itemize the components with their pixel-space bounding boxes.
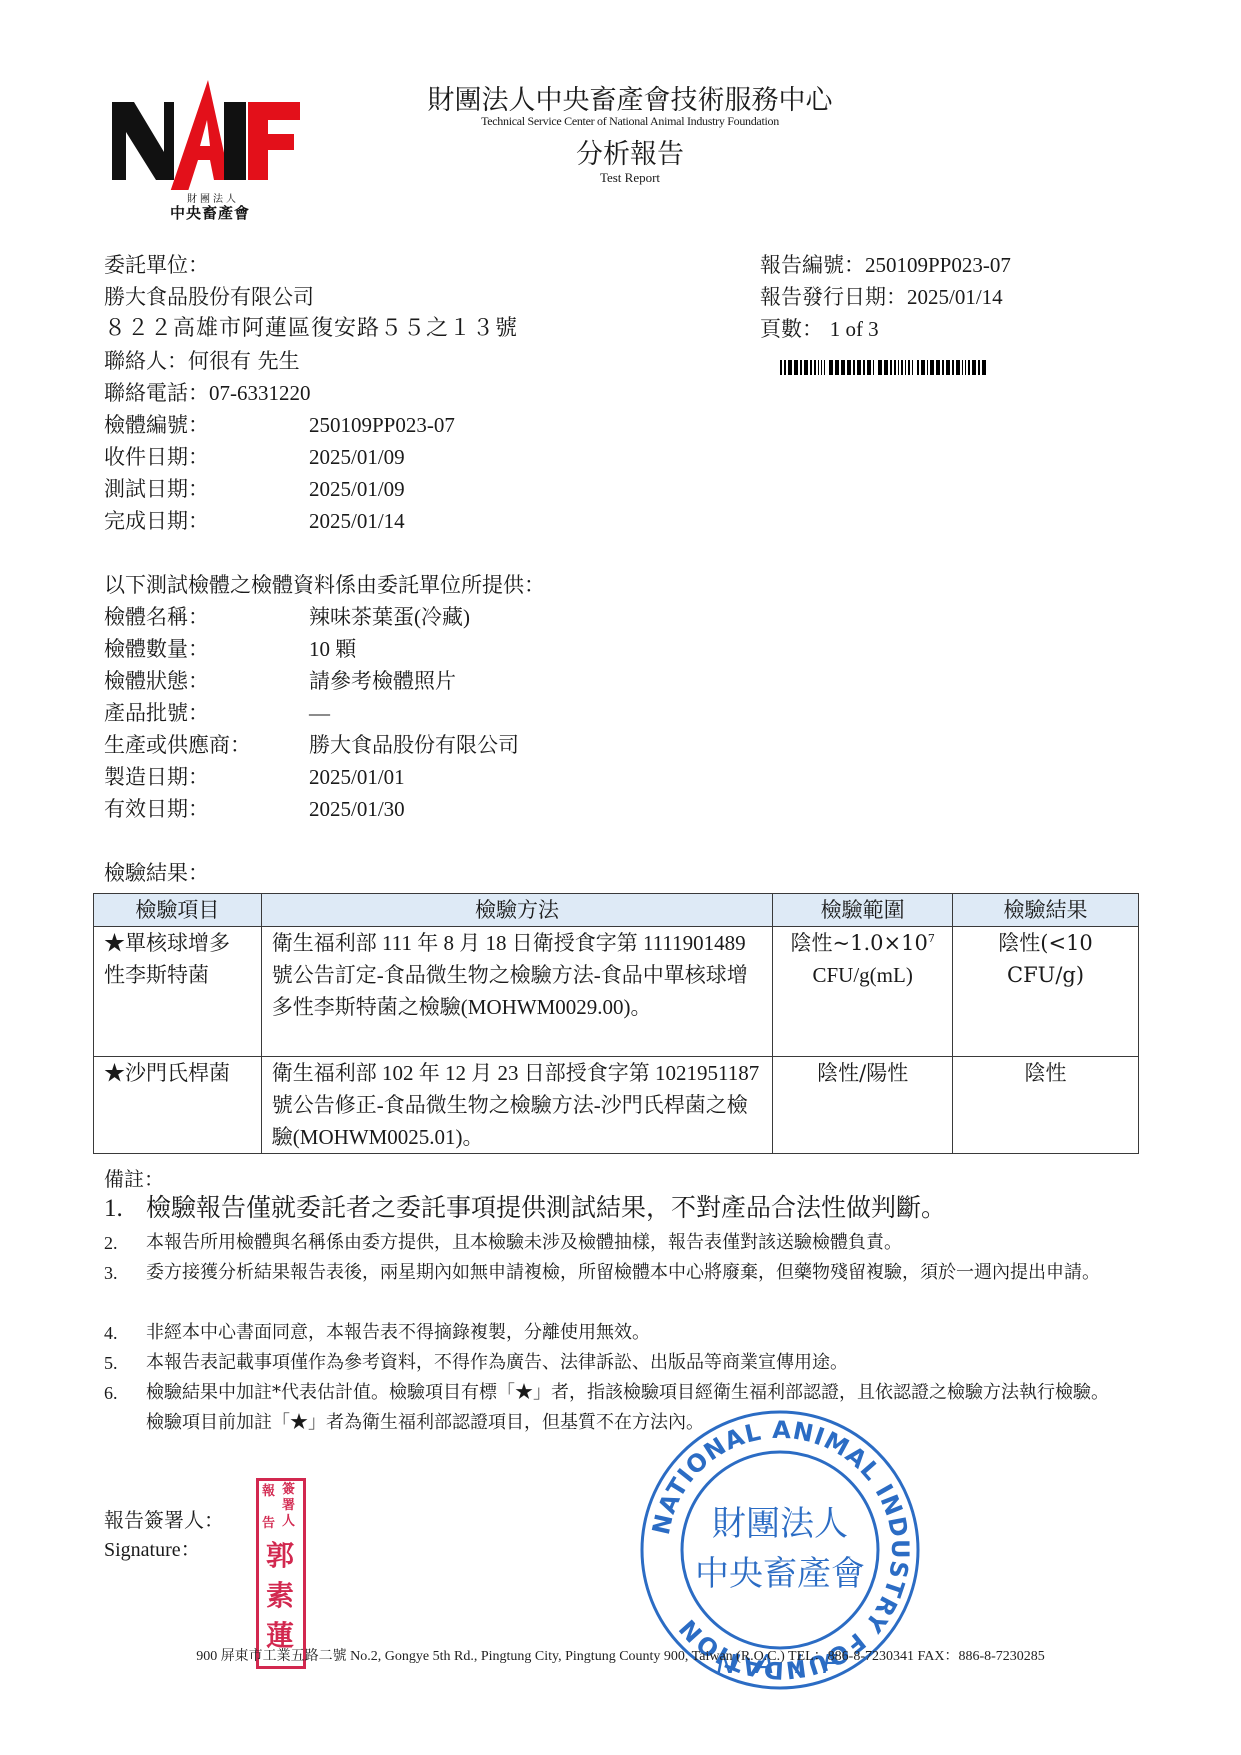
report-title-zh: 分析報告	[330, 132, 930, 171]
report-number-label: 報告編號：	[760, 253, 865, 277]
table-row: ★單核球增多性李斯特菌 衛生福利部 111 年 8 月 18 日衛授食字第 11…	[94, 927, 1139, 1057]
note-number: 3.	[104, 1258, 146, 1288]
seal-char: 告	[262, 1517, 275, 1531]
sample-info-label: 完成日期：	[104, 505, 209, 537]
note-number: 4.	[104, 1318, 146, 1348]
barcode	[780, 360, 1060, 375]
provided-value: 勝大食品股份有限公司	[309, 729, 519, 761]
notes-title: 備註：	[104, 1163, 164, 1192]
note-item: 3.委方接獲分析結果報告表後，兩星期內如無申請複檢，所留檢體本中心將廢棄，但藥物…	[104, 1258, 1134, 1289]
results-table: 檢驗項目 檢驗方法 檢驗範圍 檢驗結果 ★單核球增多性李斯特菌 衛生福利部 11…	[93, 893, 1139, 1154]
test-result: 陰性	[953, 1057, 1139, 1154]
provided-intro: 以下測試檢體之檢體資料係由委託單位所提供：	[104, 569, 545, 601]
footer-address: 900 屏東市工業五路二號 No.2, Gongye 5th Rd., Ping…	[0, 1645, 1241, 1665]
org-name-zh: 財團法人中央畜產會技術服務中心	[330, 78, 930, 117]
client-address: ８２２高雄市阿蓮區復安路５５之１３號	[104, 313, 518, 345]
seal-char: 簽	[282, 1483, 295, 1497]
phone-label: 聯絡電話：	[104, 381, 209, 405]
provided-value: 辣味茶葉蛋(冷藏)	[309, 601, 470, 633]
note-number: 1.	[104, 1191, 146, 1227]
phone-value: 07-6331220	[209, 381, 311, 405]
sample-info-value: 2025/01/09	[309, 441, 405, 473]
sample-info-value: 2025/01/14	[309, 505, 405, 537]
column-header-method: 檢驗方法	[261, 894, 772, 927]
provided-value: 2025/01/01	[309, 761, 405, 793]
naif-logo: 財團法人 中央畜產會	[112, 80, 302, 220]
logo-subtitle-large: 中央畜產會	[170, 202, 250, 223]
test-range: 陰性/陽性	[773, 1057, 953, 1154]
signature-label-en: Signature：	[104, 1535, 224, 1565]
client-name: 勝大食品股份有限公司	[104, 281, 314, 313]
page-count: 頁數： 1 of 3	[760, 313, 879, 345]
signature-label-zh: 報告簽署人：	[104, 1505, 224, 1535]
org-name-en: Technical Service Center of National Ani…	[330, 114, 930, 129]
column-header-result: 檢驗結果	[953, 894, 1139, 927]
note-text: 本報告所用檢體與名稱係由委方提供，且本檢驗未涉及檢體抽樣，報告表僅對該送驗檢體負…	[146, 1228, 1126, 1258]
sample-info-label: 檢體編號：	[104, 409, 209, 441]
range-unit: CFU/g(mL)	[812, 963, 912, 987]
provided-label: 生產或供應商：	[104, 729, 251, 761]
naif-logo-mark-icon	[112, 80, 302, 190]
page-count-value: 1 of 3	[830, 317, 879, 341]
range-base: 陰性~1.0×10	[791, 931, 928, 955]
note-item: 5.本報告表記載事項僅作為參考資料，不得作為廣告、法律訴訟、出版品等商業宣傳用途…	[104, 1348, 1134, 1379]
provided-label: 檢體名稱：	[104, 601, 209, 633]
provided-label: 產品批號：	[104, 697, 209, 729]
note-text: 非經本中心書面同意，本報告表不得摘錄複製，分離使用無效。	[146, 1318, 1126, 1348]
note-number: 5.	[104, 1348, 146, 1378]
test-item: ★單核球增多性李斯特菌	[94, 927, 262, 1057]
svg-text:財團法人: 財團法人	[712, 1504, 848, 1544]
seal-char: 報	[262, 1485, 275, 1499]
note-item: 1.檢驗報告僅就委託者之委託事項提供測試結果，不對產品合法性做判斷。	[104, 1190, 1134, 1227]
page-count-label: 頁數：	[760, 317, 823, 341]
sample-info-value: 2025/01/09	[309, 473, 405, 505]
note-item: 6.檢驗結果中加註*代表估計值。檢驗項目有標「★」者，指該檢驗項目經衛生福利部認…	[104, 1378, 1134, 1438]
range-base: 陰性/陽性	[817, 1061, 908, 1085]
provided-value: 2025/01/30	[309, 793, 405, 825]
test-method: 衛生福利部 102 年 12 月 23 日部授食字第 1021951187 號公…	[261, 1057, 772, 1154]
provided-label: 檢體狀態：	[104, 665, 209, 697]
seal-name-char: 郭	[266, 1539, 294, 1573]
test-result: 陰性(<10 CFU/g)	[953, 927, 1139, 1057]
results-title: 檢驗結果：	[104, 857, 209, 889]
note-item: 4.非經本中心書面同意，本報告表不得摘錄複製，分離使用無效。	[104, 1318, 1134, 1349]
signature-label: 報告簽署人： Signature：	[104, 1505, 224, 1565]
report-number: 報告編號：250109PP023-07	[760, 249, 1011, 281]
issue-date-value: 2025/01/14	[907, 285, 1003, 309]
seal-char: 人	[282, 1515, 295, 1529]
client-label: 委託單位：	[104, 249, 209, 281]
contact-label: 聯絡人：	[104, 349, 188, 373]
note-text: 委方接獲分析結果報告表後，兩星期內如無申請複檢，所留檢體本中心將廢棄，但藥物殘留…	[146, 1258, 1126, 1288]
sample-info-value: 250109PP023-07	[309, 409, 455, 441]
test-method: 衛生福利部 111 年 8 月 18 日衛授食字第 1111901489 號公告…	[261, 927, 772, 1057]
signatory-seal: 報 簽 署 告 人 郭 素 蓮	[256, 1478, 306, 1669]
sample-info-label: 收件日期：	[104, 441, 209, 473]
note-text: 本報告表記載事項僅作為參考資料，不得作為廣告、法律訴訟、出版品等商業宣傳用途。	[146, 1348, 1126, 1378]
range-exponent: 7	[928, 932, 935, 945]
issue-date-label: 報告發行日期：	[760, 285, 907, 309]
provided-label: 檢體數量：	[104, 633, 209, 665]
svg-text:中央畜產會: 中央畜產會	[695, 1554, 865, 1594]
table-row: ★沙門氏桿菌 衛生福利部 102 年 12 月 23 日部授食字第 102195…	[94, 1057, 1139, 1154]
contact-value: 何很有 先生	[188, 349, 300, 373]
report-number-value: 250109PP023-07	[865, 253, 1011, 277]
seal-char: 署	[282, 1499, 295, 1513]
seal-name-char: 素	[266, 1579, 294, 1613]
client-phone: 聯絡電話：07-6331220	[104, 377, 311, 409]
provided-value: —	[309, 697, 330, 729]
table-header-row: 檢驗項目 檢驗方法 檢驗範圍 檢驗結果	[94, 894, 1139, 927]
column-header-item: 檢驗項目	[94, 894, 262, 927]
report-title-en: Test Report	[330, 170, 930, 186]
note-text: 檢驗報告僅就委託者之委託事項提供測試結果，不對產品合法性做判斷。	[146, 1190, 1126, 1226]
note-number: 6.	[104, 1378, 146, 1408]
note-number: 2.	[104, 1228, 146, 1258]
issue-date: 報告發行日期：2025/01/14	[760, 281, 1003, 313]
sample-info-label: 測試日期：	[104, 473, 209, 505]
column-header-range: 檢驗範圍	[773, 894, 953, 927]
provided-label: 製造日期：	[104, 761, 209, 793]
note-item: 2.本報告所用檢體與名稱係由委方提供，且本檢驗未涉及檢體抽樣，報告表僅對該送驗檢…	[104, 1228, 1134, 1259]
client-contact: 聯絡人：何很有 先生	[104, 345, 300, 377]
provided-label: 有效日期：	[104, 793, 209, 825]
provided-value: 請參考檢體照片	[309, 665, 456, 697]
provided-value: 10 顆	[309, 633, 356, 665]
test-range: 陰性~1.0×107 CFU/g(mL)	[773, 927, 953, 1057]
test-item: ★沙門氏桿菌	[94, 1057, 262, 1154]
